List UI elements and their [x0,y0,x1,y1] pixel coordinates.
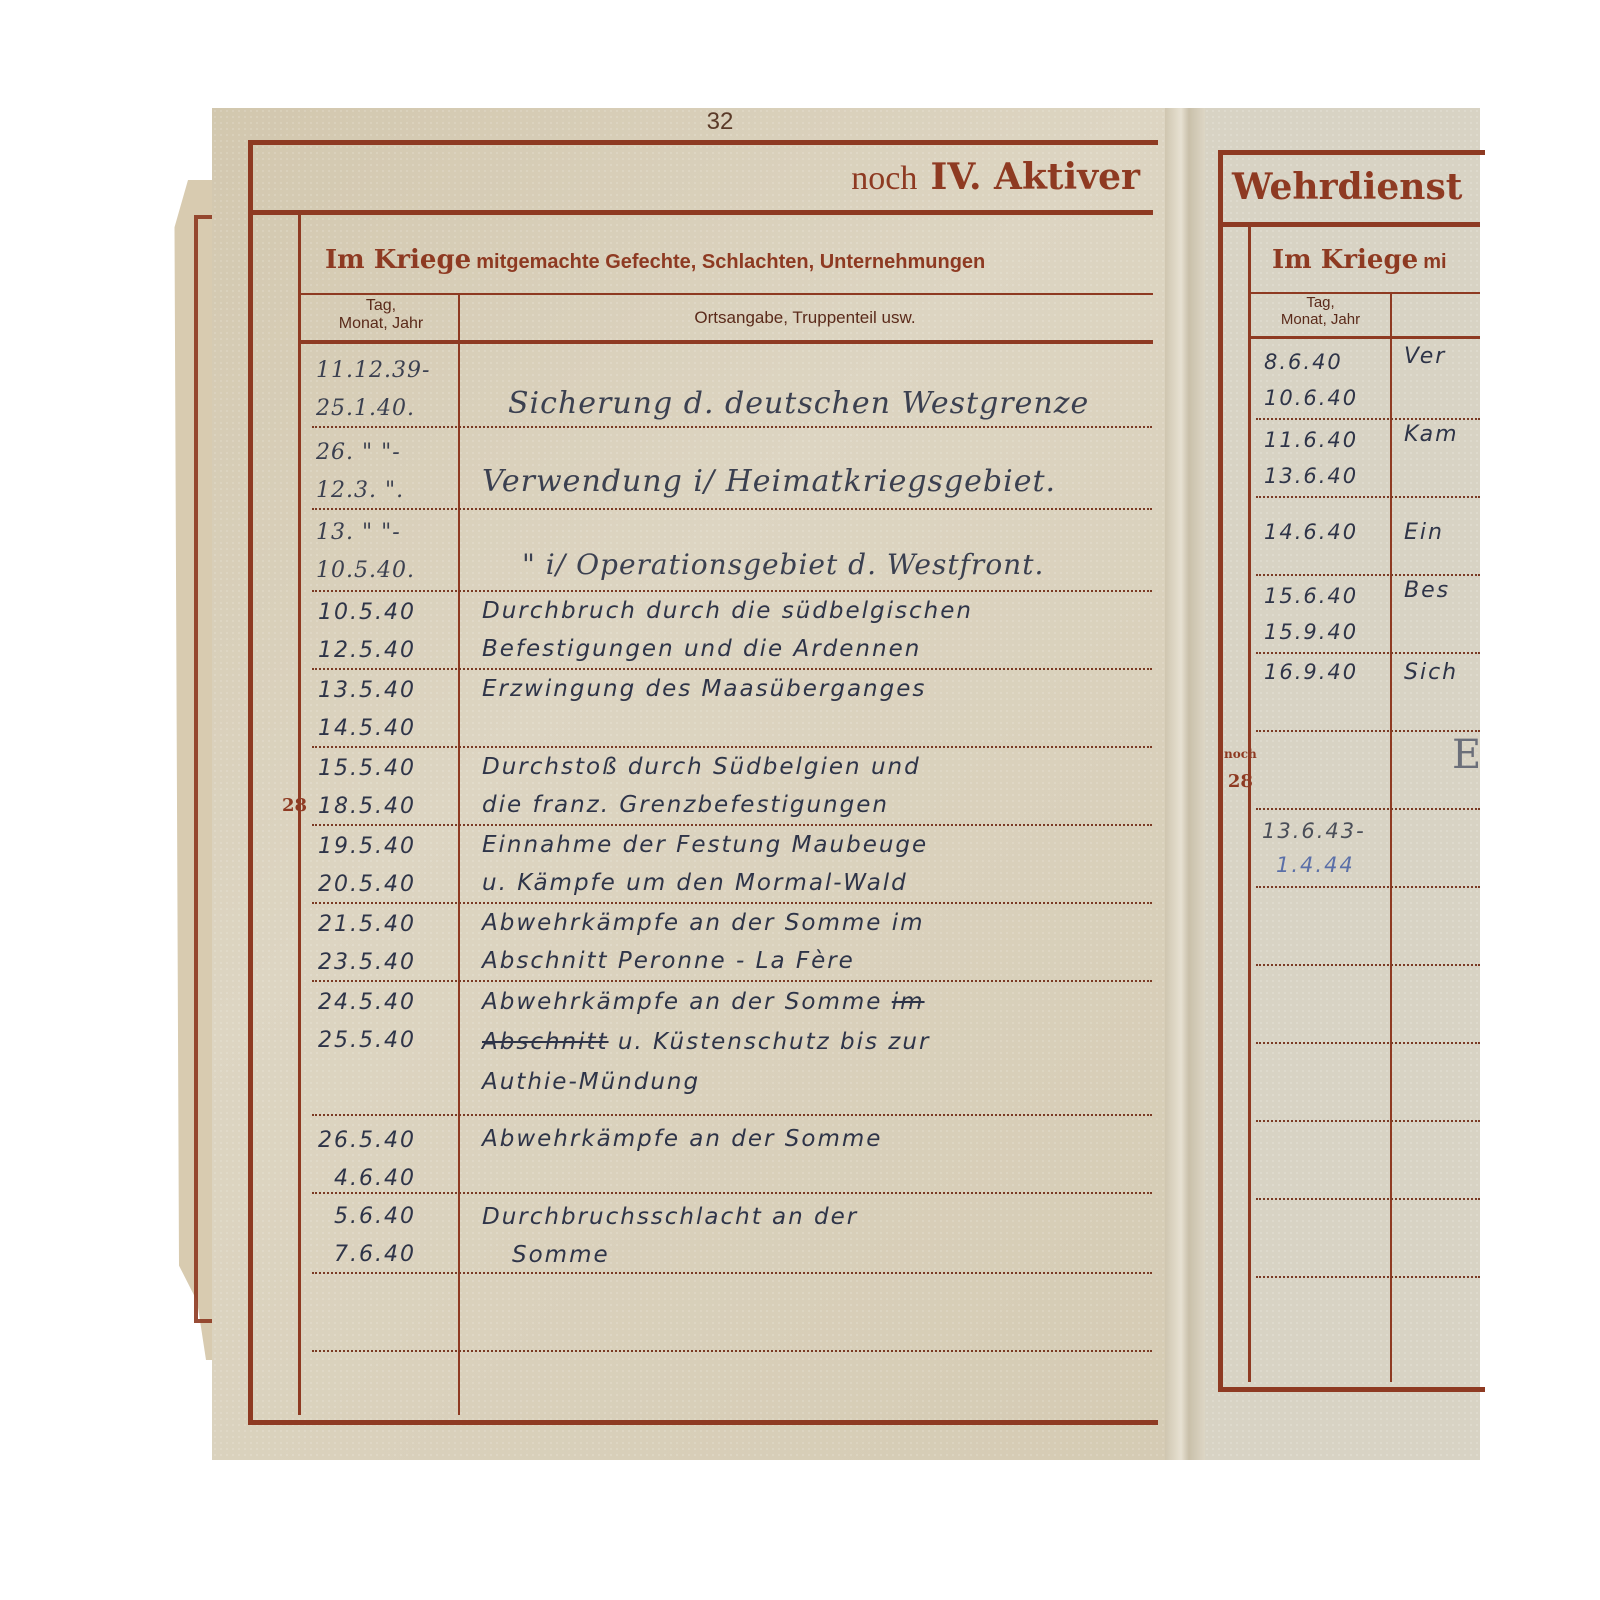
row-date: 11.6.40 [1264,422,1358,458]
right-table-heading-rest: mi [1423,251,1446,273]
row-text: Bes [1404,578,1450,603]
row-text: Kam [1404,422,1459,447]
row-date: 13.6.40 [1264,458,1358,494]
row-text: Ein [1404,520,1444,545]
right-rows: 8.6.40 10.6.40 Ver 11.6.40 13.6.40 Kam 1… [1256,342,1480,1278]
table-row: 11.6.40 13.6.40 Kam [1256,420,1480,498]
header-bottom-rule [300,340,1153,344]
page-number: 32 [700,108,740,136]
right-section-title: Wehrdienst [1232,166,1462,208]
table-row: 8.6.40 10.6.40 Ver [1256,342,1480,420]
row-text: Erzwingung des Maasüberganges [482,670,926,708]
table-row-empty [1256,966,1480,1044]
row-date: 13.5.40 [318,672,416,710]
table-row: 19.5.40 20.5.40 Einnahme der Festung Mau… [312,826,1152,904]
row-text: Ver [1404,344,1446,369]
row-date: 7.6.40 [334,1236,416,1274]
table-heading: Im Kriege mitgemachte Gefechte, Schlacht… [325,245,985,275]
table-row-empty [1256,1044,1480,1122]
table-row-empty [1256,1200,1480,1278]
row-date: 26.5.40 [318,1122,416,1160]
row-date: 16.9.40 [1264,660,1358,684]
row-date: 15.5.40 [318,750,416,788]
table-row: 5.6.40 7.6.40 Durchbruchsschlacht an der… [312,1194,1152,1274]
margin-number: 28 [282,795,307,816]
table-row: 15.5.40 18.5.40 Durchstoß durch Südbelgi… [312,748,1152,826]
right-table-heading-bold: Im Kriege [1272,245,1418,275]
col-date-header-line2: Monat, Jahr [305,315,457,333]
right-title-divider [1223,222,1480,227]
book-gutter [1165,108,1205,1460]
row-date: 12.5.40 [318,632,416,670]
row-text: Abschnitt Peronne - La Fère [482,942,925,980]
row-date: 24.5.40 [318,984,416,1022]
struck-word: Abschnitt [482,1029,609,1055]
table-row: 13.5.40 14.5.40 Erzwingung des Maasüberg… [312,670,1152,748]
section-title: noch IV. Aktiver [851,156,1140,198]
row-text: u. Kämpfe um den Mormal-Wald [482,864,928,902]
right-col-date-header: Tag, Monat, Jahr [1253,294,1388,328]
right-margin-number: 28 [1224,768,1257,796]
right-col-date-header-line1: Tag, [1253,294,1388,311]
struck-word: im [892,989,925,1015]
table-row-empty [1256,888,1480,966]
table-row: 15.6.40 15.9.40 Bes [1256,576,1480,654]
row-text: Einnahme der Festung Maubeuge [482,826,928,864]
row-date: 23.5.40 [318,944,416,982]
section-title-prefix: noch [851,160,917,197]
stamp-mark: E [1452,732,1482,778]
table-row: 14.6.40 Ein [1256,498,1480,576]
table-heading-bold: Im Kriege [325,245,471,275]
row-date: 12.3. ". [316,472,404,510]
right-col-date-header-line2: Monat, Jahr [1253,311,1388,328]
row-text: Abwehrkämpfe an der Somme im [482,904,925,942]
row-text: die franz. Grenzbefestigungen [482,786,921,824]
right-margin-label: noch 28 [1224,740,1257,796]
table-row: E [1256,732,1480,810]
row-date: 25.1.40. [316,390,430,428]
row-date: 14.5.40 [318,710,416,748]
table-row: 24.5.40 25.5.40 Abwehrkämpfe an der Somm… [312,982,1152,1116]
row-date: 18.5.40 [318,788,416,826]
row-date: 14.6.40 [1264,520,1358,544]
col-date-header-line1: Tag, [305,297,457,315]
row-date: 10.5.40. [316,552,415,590]
right-table-heading: Im Kriege mi [1272,245,1447,275]
row-date: 26. " "- [316,434,404,472]
right-margin-column-line [1248,227,1251,1382]
row-text: Sicherung d. deutschen Westgrenze [508,386,1089,421]
row-text: Abschnitt u. Küstenschutz bis zur [482,1022,930,1062]
row-text: Sich [1404,660,1458,685]
table-heading-rest: mitgemachte Gefechte, Schlachten, Untern… [476,251,985,273]
row-text: Somme [482,1236,858,1274]
left-rows: 11.12.39- 25.1.40. Sicherung d. deutsche… [312,346,1152,1352]
row-text: Durchstoß durch Südbelgien und [482,748,921,786]
table-row: 13. " "- 10.5.40. " i/ Operationsgebiet … [312,510,1152,592]
row-date: 15.9.40 [1264,614,1358,650]
row-date: 11.12.39- [316,352,430,390]
section-title-main: IV. Aktiver [930,156,1140,198]
table-row-empty [1256,1122,1480,1200]
row-date: 5.6.40 [334,1198,416,1236]
row-text: Befestigungen und die Ardennen [482,630,973,668]
row-date: 1.4.44 [1262,848,1366,882]
row-date: 19.5.40 [318,828,416,866]
row-date: 21.5.40 [318,906,416,944]
table-row: 26.5.40 4.6.40 Abwehrkämpfe an der Somme [312,1116,1152,1194]
table-row: 16.9.40 Sich [1256,654,1480,732]
row-date: 25.5.40 [318,1022,416,1060]
row-separator [1256,1276,1480,1278]
row-text: " i/ Operationsgebiet d. Westfront. [522,548,1044,581]
row-text: Verwendung i/ Heimatkriegsgebiet. [482,464,1056,499]
row-date: 13. " "- [316,514,415,552]
row-date: 10.6.40 [1264,380,1358,416]
table-row-empty [312,1274,1152,1352]
row-text: Authie-Mündung [482,1062,930,1102]
row-separator [312,1350,1152,1352]
row-text: Durchbruchsschlacht an der [482,1198,858,1236]
row-date: 15.6.40 [1264,578,1358,614]
table-row: 21.5.40 23.5.40 Abwehrkämpfe an der Somm… [312,904,1152,982]
right-margin-prefix: noch [1224,740,1257,768]
row-text: Durchbruch durch die südbelgischen [482,592,973,630]
row-text: Abwehrkämpfe an der Somme [482,1120,882,1158]
table-row: 10.5.40 12.5.40 Durchbruch durch die süd… [312,592,1152,670]
row-date: 13.6.43- [1262,814,1366,848]
table-row: 13.6.43- 1.4.44 [1256,810,1480,888]
row-date: 8.6.40 [1264,344,1358,380]
right-header-bottom-rule [1250,336,1480,339]
row-date: 10.5.40 [318,594,416,632]
header-top-rule [300,293,1153,295]
table-row: 26. " "- 12.3. ". Verwendung i/ Heimatkr… [312,428,1152,510]
title-divider [253,210,1153,215]
col-place-header: Ortsangabe, Truppenteil usw. [460,308,1150,328]
col-date-header: Tag, Monat, Jahr [305,297,457,333]
row-text: Abwehrkämpfe an der Somme im [482,982,930,1022]
table-row: 11.12.39- 25.1.40. Sicherung d. deutsche… [312,346,1152,428]
row-date: 20.5.40 [318,866,416,904]
